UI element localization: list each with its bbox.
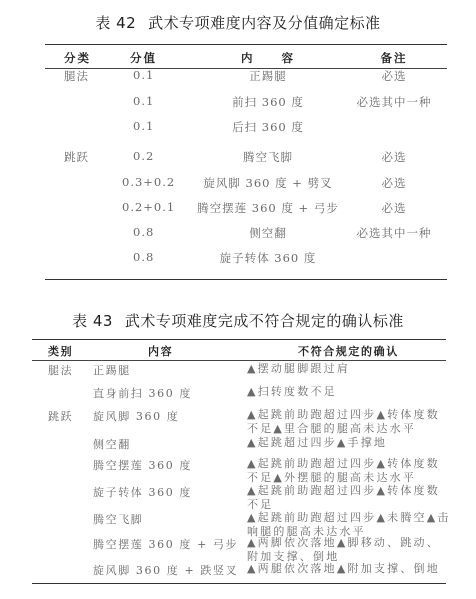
table-43-title: 表 43武术专项难度完成不符合规定的确认标准 xyxy=(0,310,476,331)
top-rule xyxy=(32,339,446,340)
header-value: 分值 xyxy=(130,50,157,66)
bottom-rule xyxy=(32,583,446,584)
header-criteria: 不符合规定的确认 xyxy=(298,343,399,359)
header-content: 内 容 xyxy=(241,50,295,66)
top-rule xyxy=(45,44,447,45)
header-category: 分类 xyxy=(64,50,91,66)
bottom-rule xyxy=(45,279,447,280)
table-42-title: 表 42武术专项难度内容及分值确定标准 xyxy=(0,12,476,33)
header-content: 内容 xyxy=(148,343,173,359)
header-note: 备注 xyxy=(381,50,408,66)
header-category: 类别 xyxy=(48,343,73,359)
header-rule xyxy=(32,360,446,361)
